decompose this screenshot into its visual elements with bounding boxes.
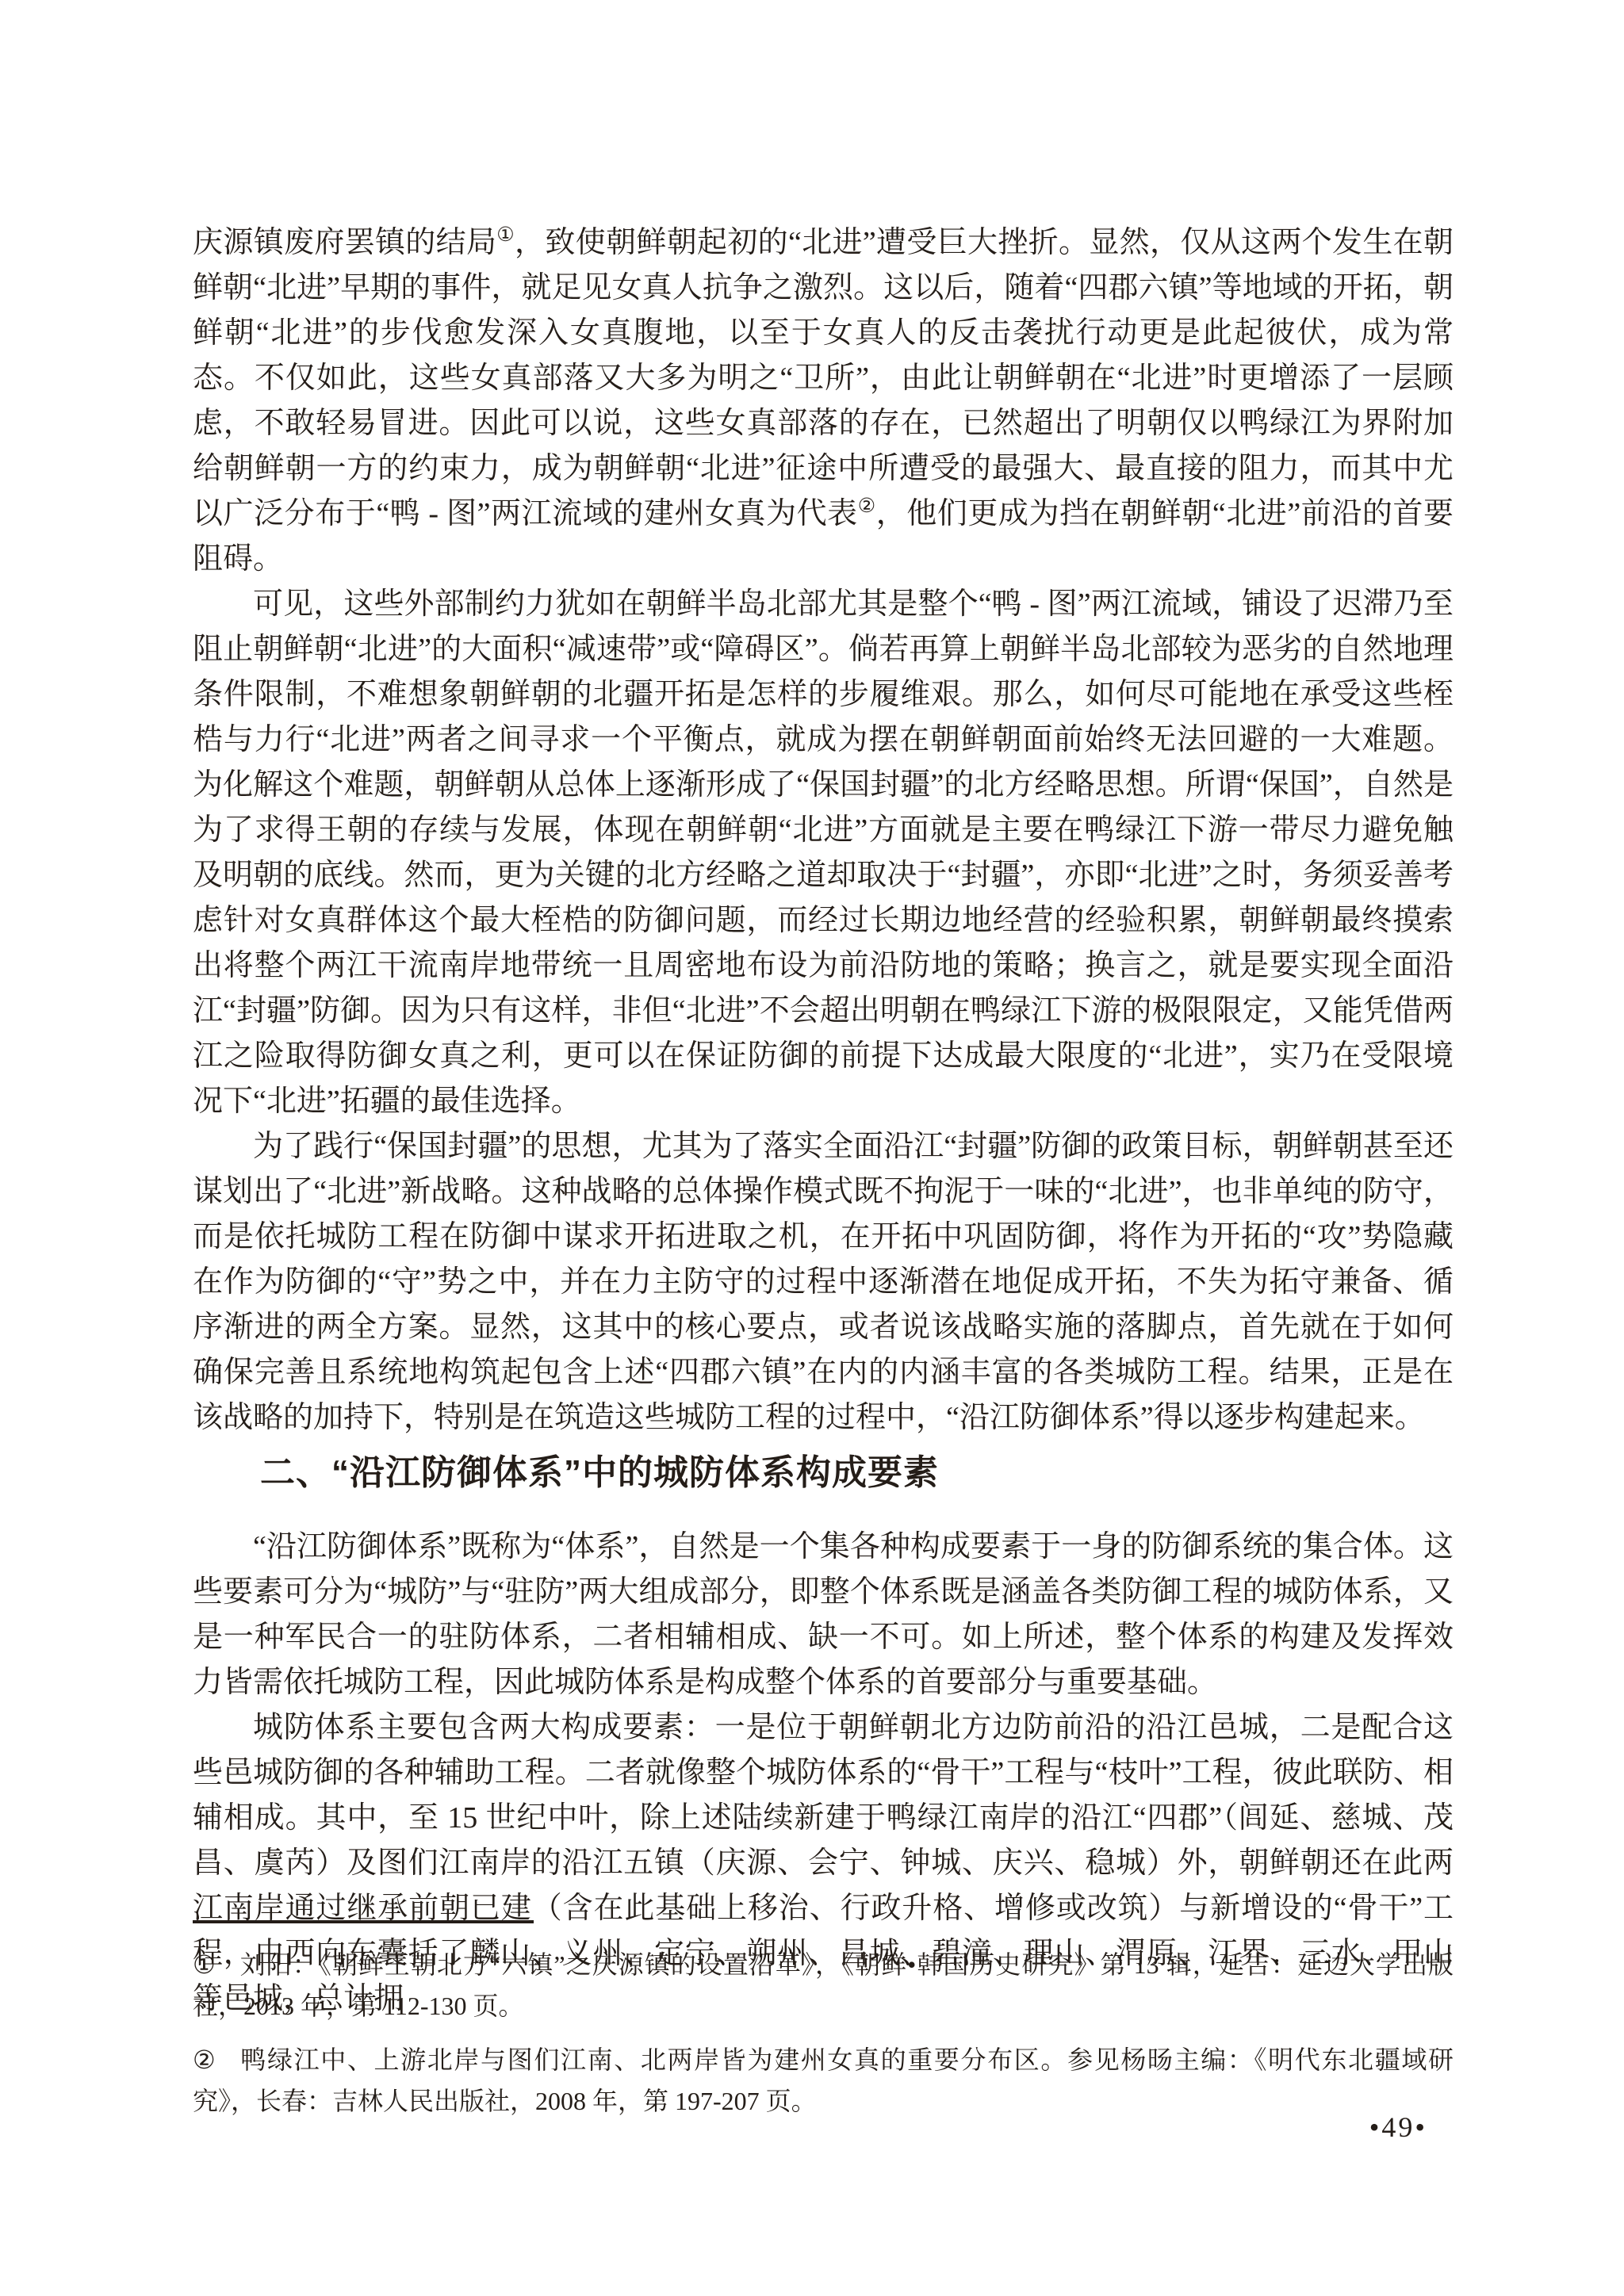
- footnote-reference: ②: [858, 496, 876, 517]
- paper-page: 庆源镇废府罢镇的结局①，致使朝鲜朝起初的“北进”遭受巨大挫折。显然，仅从这两个发…: [0, 0, 1624, 2296]
- footnote-2-text: 鸭绿江中、上游北岸与图们江南、北两岸皆为建州女真的重要分布区。参见杨旸主编：《明…: [193, 2045, 1454, 2115]
- page-number: •49•: [1369, 2110, 1427, 2144]
- footnote-separator: [193, 1920, 534, 1923]
- paragraph-4: “沿江防御体系”既称为“体系”，自然是一个集各种构成要素于一身的防御系统的集合体…: [193, 1525, 1454, 1705]
- footnote-1: ①刘阳：《朝鲜王朝北方“六镇”之庆源镇的设置沿革》，《朝鲜•韩国历史研究》第 1…: [193, 1944, 1454, 2026]
- body-text-column: 庆源镇废府罢镇的结局①，致使朝鲜朝起初的“北进”遭受巨大挫折。显然，仅从这两个发…: [193, 220, 1454, 2022]
- footnote-2-marker: ②: [193, 2045, 216, 2074]
- footnote-area: ①刘阳：《朝鲜王朝北方“六镇”之庆源镇的设置沿革》，《朝鲜•韩国历史研究》第 1…: [193, 1920, 1454, 2134]
- paragraph-3: 为了践行“保国封疆”的思想，尤其为了落实全面沿江“封疆”防御的政策目标，朝鲜朝甚…: [193, 1124, 1454, 1441]
- section-heading: 二、“沿江防御体系”中的城防体系构成要素: [193, 1448, 1454, 1498]
- paragraph-1: 庆源镇废府罢镇的结局①，致使朝鲜朝起初的“北进”遭受巨大挫折。显然，仅从这两个发…: [193, 220, 1454, 582]
- footnote-1-text: 刘阳：《朝鲜王朝北方“六镇”之庆源镇的设置沿革》，《朝鲜•韩国历史研究》第 13…: [193, 1950, 1454, 2020]
- footnote-1-marker: ①: [193, 1950, 216, 1979]
- footnote-2: ②鸭绿江中、上游北岸与图们江南、北两岸皆为建州女真的重要分布区。参见杨旸主编：《…: [193, 2039, 1454, 2122]
- footnote-reference: ①: [496, 224, 515, 246]
- paragraph-2: 可见，这些外部制约力犹如在朝鲜半岛北部尤其是整个“鸭 - 图”两江流域，铺设了迟…: [193, 582, 1454, 1124]
